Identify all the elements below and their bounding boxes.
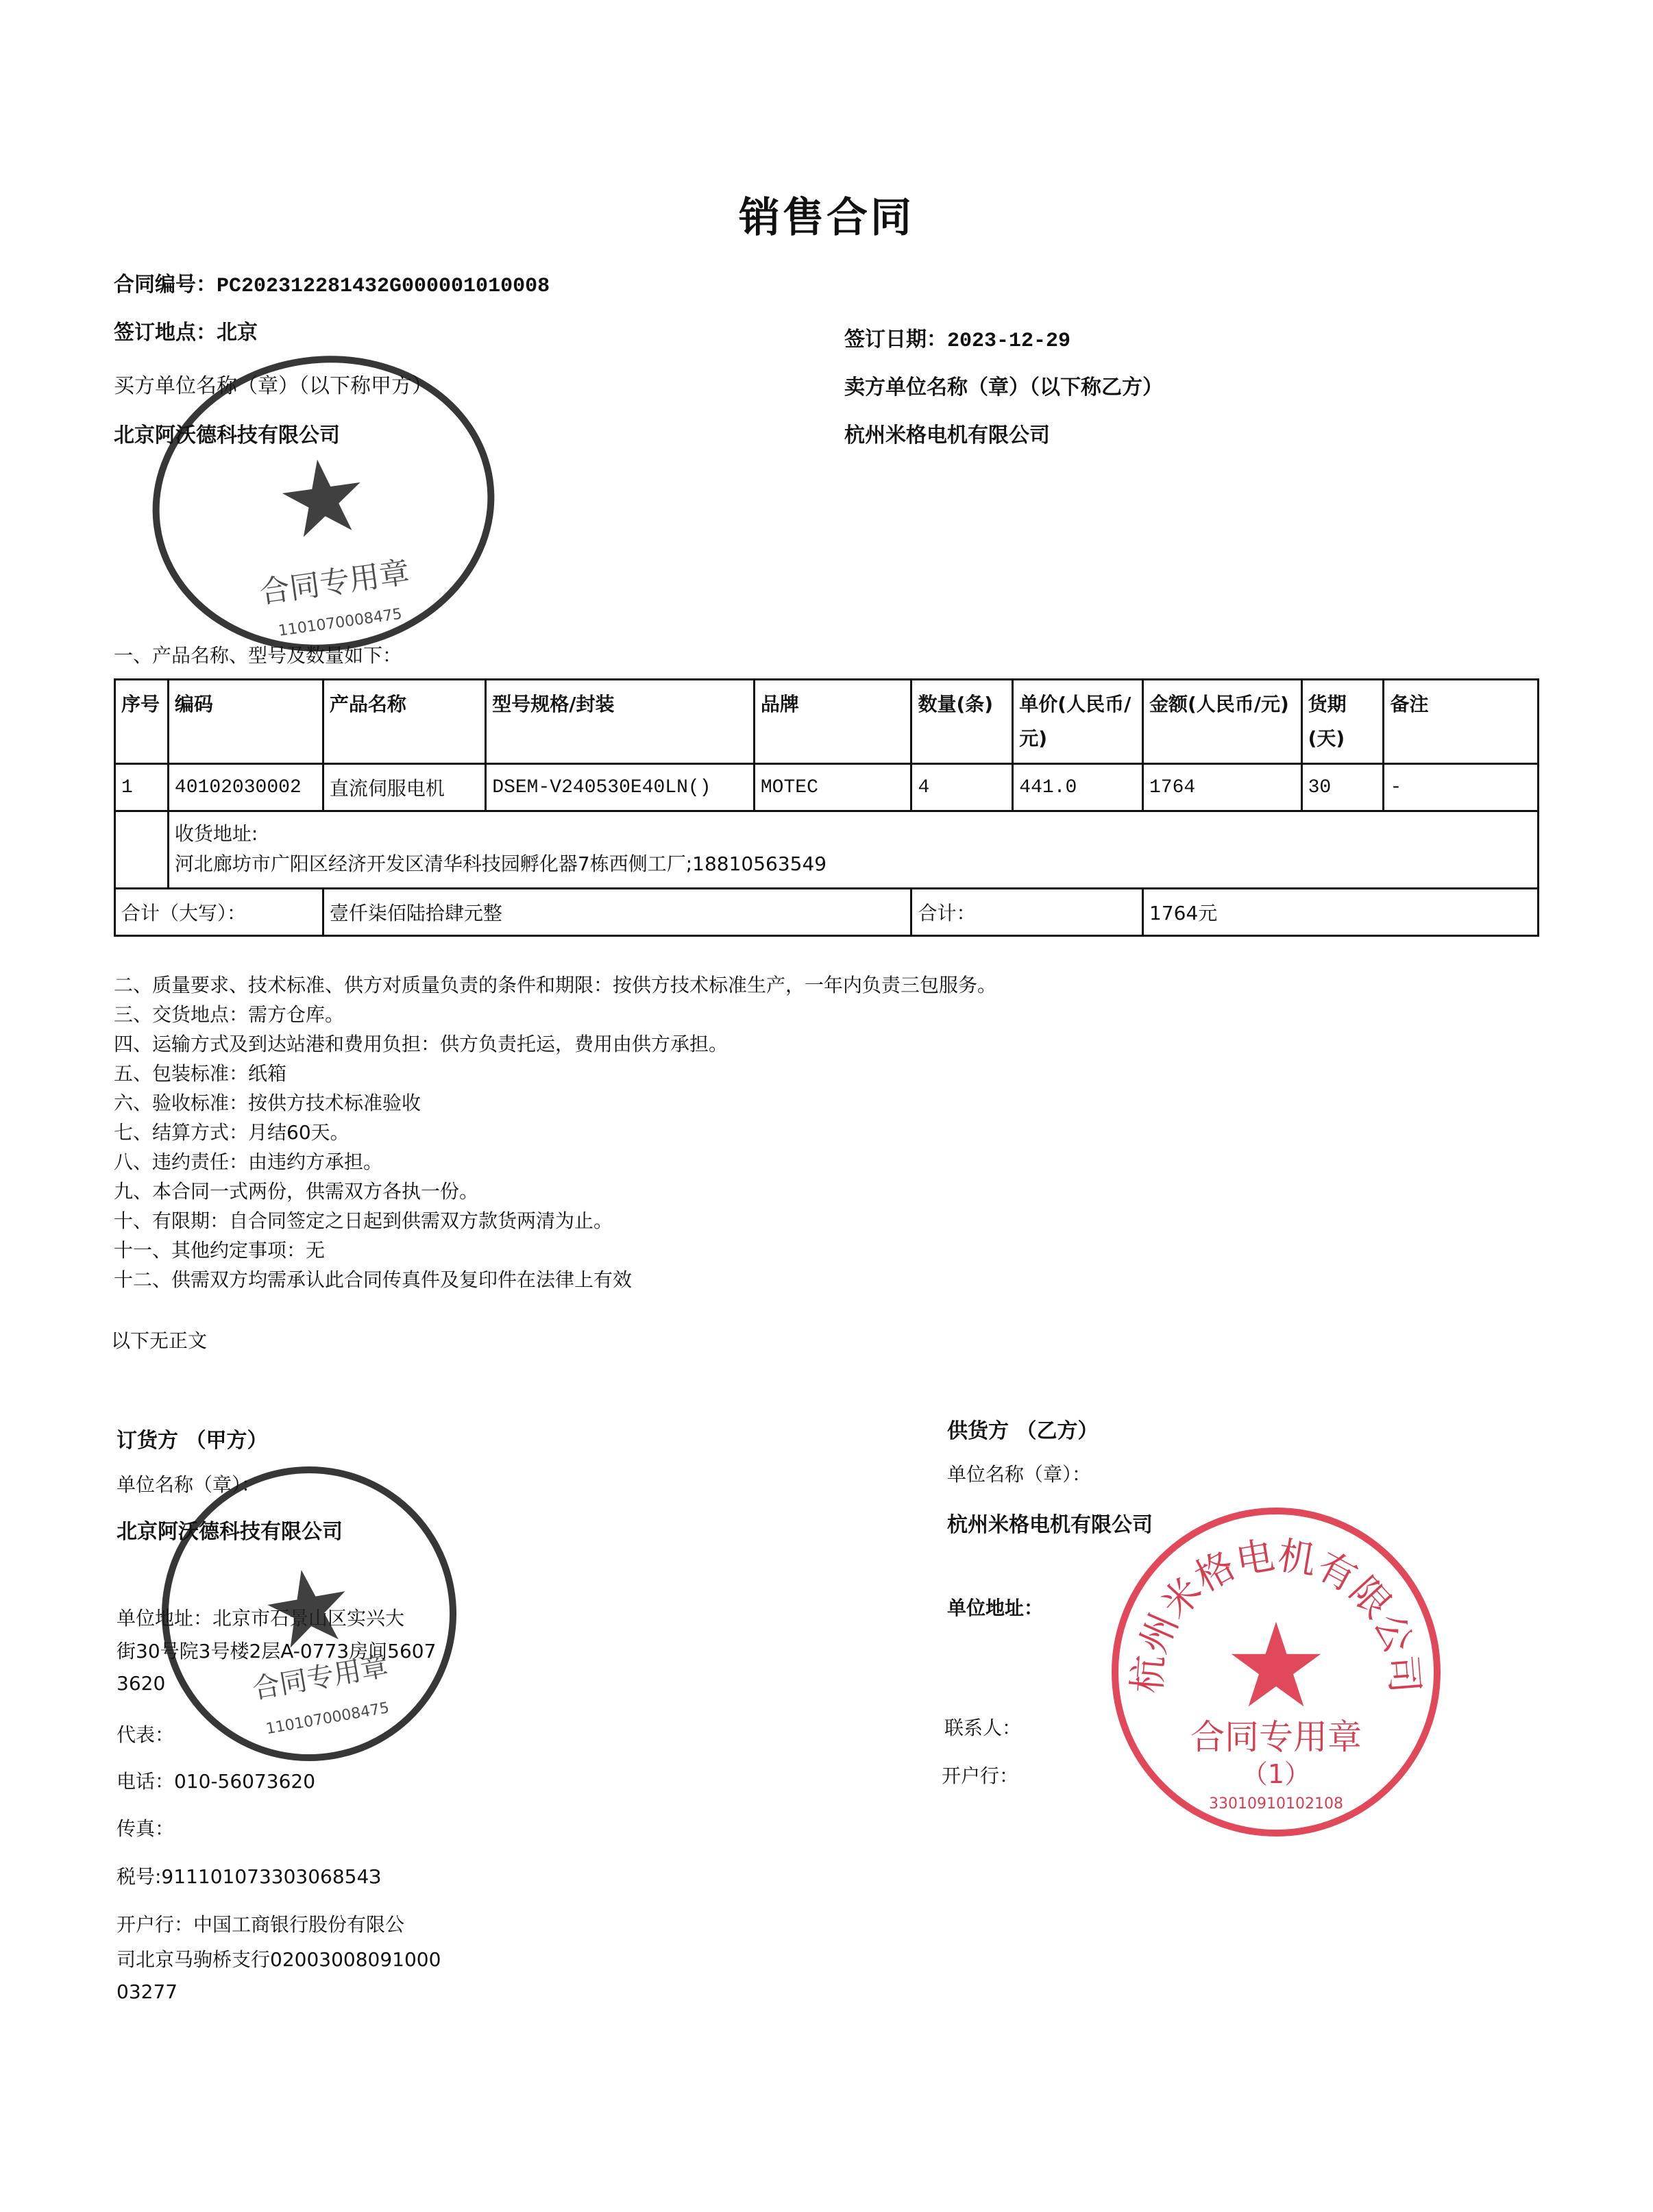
cell-amount: 1764 — [1143, 764, 1302, 811]
sign-place: 签订地点：北京 — [114, 315, 258, 345]
star-icon: ★ — [1224, 1608, 1328, 1725]
seller-contact-label: 联系人： — [944, 1713, 1021, 1741]
contract-number-label: 合同编号： — [114, 273, 217, 297]
seller-name: 杭州米格电机有限公司 — [844, 418, 1050, 448]
term-3: 三、交货地点：需方仓库。 — [114, 1000, 996, 1029]
sign-place-value: 北京 — [217, 321, 258, 345]
buyer-rep-label: 代表： — [117, 1720, 174, 1747]
header-unit-price: 单价(人民币/元) — [1013, 680, 1143, 764]
total-label: 合计： — [911, 889, 1143, 936]
header-name: 产品名称 — [323, 680, 485, 764]
total-caps-label: 合计（大写）： — [115, 889, 323, 936]
term-2: 二、质量要求、技术标准、供方对质量负责的条件和期限：按供方技术标准生产，一年内负… — [114, 970, 996, 1000]
term-5: 五、包装标准：纸箱 — [114, 1059, 996, 1088]
term-12: 十二、供需双方均需承认此合同传真件及复印件在法律上有效 — [114, 1265, 996, 1294]
cell-remark: - — [1384, 764, 1539, 811]
term-6: 六、验收标准：按供方技术标准验收 — [114, 1088, 996, 1118]
header-remark: 备注 — [1384, 680, 1539, 764]
delivery-address-label: 收货地址: — [175, 819, 1532, 849]
header-code: 编码 — [168, 680, 323, 764]
cell-lead-days: 30 — [1301, 764, 1384, 811]
end-note: 以下无正文 — [111, 1326, 207, 1353]
buyer-tax-id: 税号:91110107330306854З — [117, 1862, 381, 1889]
term-7: 七、结算方式：月结60天。 — [114, 1118, 996, 1147]
term-11: 十一、其他约定事项：无 — [114, 1236, 996, 1265]
section-1-heading: 一、产品名称、型号及数量如下： — [114, 641, 402, 668]
header-amount: 金额(人民币/元) — [1143, 680, 1302, 764]
buyer-bank-line3: 03277 — [117, 1980, 177, 2003]
address-spacer — [115, 811, 169, 889]
delivery-address-cell: 收货地址: 河北廊坊市广阳区经济开发区清华科技园孵化器7栋西侧工厂;188105… — [168, 811, 1538, 889]
cell-code: 40102030002 — [168, 764, 323, 811]
buyer-phone: 电话：010-56073620 — [117, 1767, 315, 1794]
address-row: 收货地址: 河北廊坊市广阳区经济开发区清华科技园孵化器7栋西侧工厂;188105… — [115, 811, 1539, 889]
term-8: 八、违约责任：由违约方承担。 — [114, 1147, 996, 1177]
seller-unit-name-label: 单位名称（章）： — [947, 1460, 1091, 1487]
total-row: 合计（大写）： 壹仟柒佰陆拾肆元整 合计： 1764元 — [115, 889, 1539, 936]
sign-place-label: 签订地点： — [114, 321, 217, 345]
stamp-number: （1） — [1118, 1761, 1434, 1787]
product-table: 序号 编码 产品名称 型号规格/封装 品牌 数量(条) 单价(人民币/元) 金额… — [114, 678, 1539, 937]
term-4: 四、运输方式及到达站港和费用负担：供方负责托运，费用由供方承担。 — [114, 1029, 996, 1059]
seller-bank-label: 开户行： — [942, 1761, 1018, 1789]
table-header-row: 序号 编码 产品名称 型号规格/封装 品牌 数量(条) 单价(人民币/元) 金额… — [115, 680, 1539, 764]
table-row: 1 40102030002 直流伺服电机 DSEM-V240530E40LN()… — [115, 764, 1539, 811]
term-10: 十、有限期：自合同签定之日起到供需双方款货两清为止。 — [114, 1206, 996, 1236]
sign-date: 签订日期：2023-12-29 — [844, 322, 1070, 353]
buyer-block-heading: 订货方 （甲方） — [117, 1423, 267, 1453]
cell-unit-price: 441.0 — [1013, 764, 1143, 811]
buyer-bank-line1: 开户行：中国工商银行股份有限公 — [117, 1910, 404, 1937]
buyer-address-line3: 3620 — [117, 1672, 165, 1695]
cell-qty: 4 — [911, 764, 1013, 811]
star-icon: ★ — [270, 441, 376, 556]
seller-block-heading: 供货方 （乙方） — [947, 1414, 1098, 1444]
header-brand: 品牌 — [754, 680, 911, 764]
sign-date-label: 签订日期： — [844, 328, 947, 352]
seller-address-label: 单位地址： — [947, 1593, 1043, 1621]
header-qty: 数量(条) — [911, 680, 1013, 764]
total-caps-value: 壹仟柒佰陆拾肆元整 — [323, 889, 911, 936]
header-model: 型号规格/封装 — [486, 680, 755, 764]
document-title: 销售合同 — [0, 185, 1653, 244]
buyer-fax: 传真： — [117, 1814, 174, 1841]
seller-signature-stamp: 杭州米格电机有限公司 ★ 合同专用章 （1） 3301091010210​8 — [1112, 1508, 1441, 1836]
delivery-address: 河北廊坊市广阳区经济开发区清华科技园孵化器7栋西侧工厂;18810563549 — [175, 849, 1532, 879]
stamp-purpose: 合同专用章 — [1118, 1720, 1434, 1754]
stamp-code: 3301091010210​8 — [1118, 1797, 1434, 1812]
cell-model: DSEM-V240530E40LN() — [486, 764, 755, 811]
star-icon: ★ — [254, 1550, 362, 1667]
cell-seq: 1 — [115, 764, 169, 811]
cell-name: 直流伺服电机 — [323, 764, 485, 811]
contract-number: 合同编号：PC202312281432G000001010008 — [114, 267, 550, 298]
cell-brand: MOTEC — [754, 764, 911, 811]
term-9: 九、本合同一式两份，供需双方各执一份。 — [114, 1177, 996, 1206]
sign-date-value: 2023-12-29 — [947, 330, 1070, 353]
header-seq: 序号 — [115, 680, 169, 764]
contract-terms: 二、质量要求、技术标准、供方对质量负责的条件和期限：按供方技术标准生产，一年内负… — [114, 970, 996, 1294]
seller-heading: 卖方单位名称（章）（以下称乙方） — [844, 370, 1163, 400]
header-lead-days: 货期(天) — [1301, 680, 1384, 764]
contract-number-value: PC202312281432G000001010008 — [217, 275, 550, 298]
total-value: 1764元 — [1143, 889, 1539, 936]
buyer-bank-line2: 司北京马驹桥支行02003008091000 — [117, 1945, 441, 1972]
